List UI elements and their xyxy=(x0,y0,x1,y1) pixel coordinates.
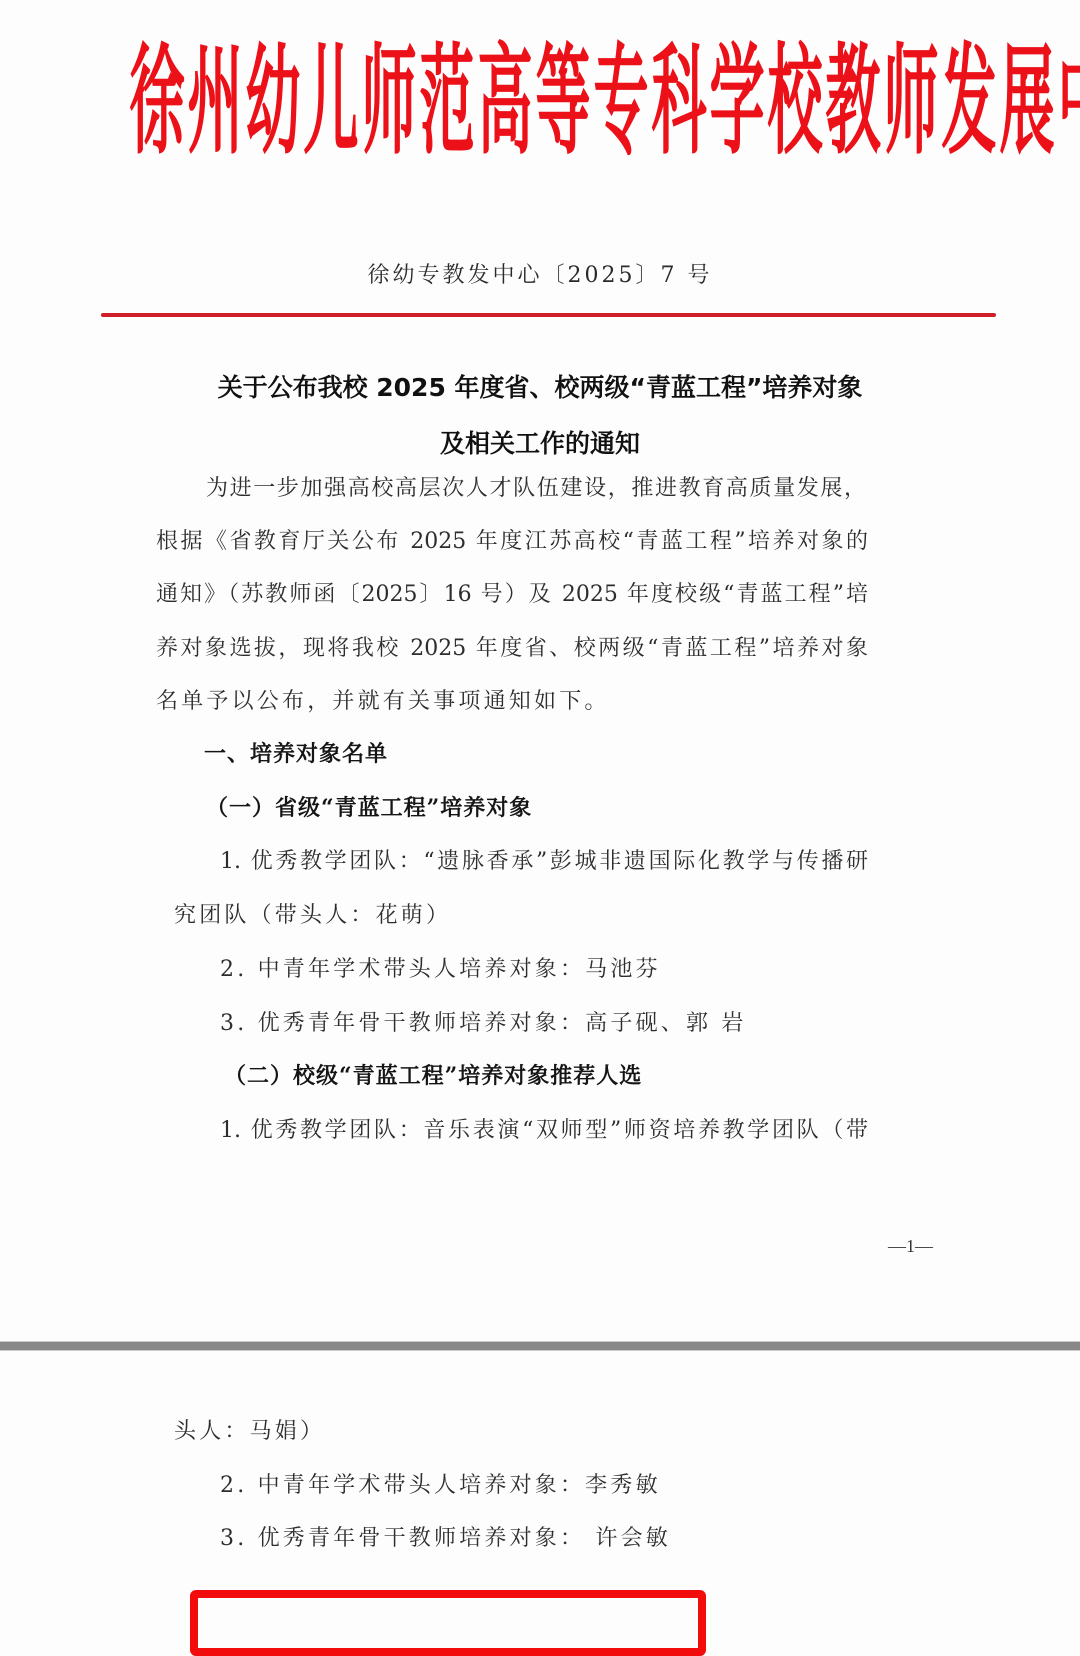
red-highlight-box xyxy=(190,1590,706,1656)
intro-line-4: 养对象选拔，现将我校 2025 年度省、校两级“青蓝工程”培养对象 xyxy=(156,631,868,662)
masthead-char: 展 xyxy=(1000,42,1055,161)
masthead-char: 专 xyxy=(594,42,649,161)
subsection-heading-school: （二）校级“青蓝工程”培养对象推荐人选 xyxy=(224,1059,642,1090)
masthead-char: 州 xyxy=(187,42,242,161)
provincial-item-3: 3. 优秀青年骨干教师培养对象：高子砚、郭 岩 xyxy=(220,1006,747,1037)
provincial-item-2: 2. 中青年学术带头人培养对象：马池芬 xyxy=(220,952,661,983)
masthead-char: 徐 xyxy=(129,42,184,161)
subsection-heading-provincial: （一）省级“青蓝工程”培养对象 xyxy=(206,791,532,822)
document-number: 徐幼专教发中心〔2025〕7 号 xyxy=(0,258,1080,289)
masthead-char: 师 xyxy=(884,42,939,161)
notice-title-line-2: 及相关工作的通知 xyxy=(0,424,1080,460)
masthead-char: 教 xyxy=(826,42,881,161)
masthead-char: 中 xyxy=(1058,42,1080,161)
school-item-1-line-2: 头人：马娟） xyxy=(174,1414,325,1445)
notice-title-line-1: 关于公布我校 2025 年度省、校两级“青蓝工程”培养对象 xyxy=(0,368,1080,404)
masthead-char: 学 xyxy=(710,42,765,161)
masthead-char: 等 xyxy=(536,42,591,161)
masthead-char: 发 xyxy=(942,42,997,161)
masthead-char: 范 xyxy=(420,42,475,161)
provincial-item-1-line-2: 究团队（带头人：花萌） xyxy=(174,898,451,929)
intro-line-5: 名单予以公布，并就有关事项通知如下。 xyxy=(156,684,610,715)
intro-line-3: 通知》（苏教师函〔2025〕16 号）及 2025 年度校级“青蓝工程”培 xyxy=(156,577,868,608)
document-page-1: 徐 州 幼 儿 师 范 高 等 专 科 学 校 教 师 发 展 中 心 文 件 … xyxy=(0,0,1080,1340)
intro-line-2: 根据《省教育厅关公布 2025 年度江苏高校“青蓝工程”培养对象的 xyxy=(156,524,868,555)
provincial-item-1-line-1: 1. 优秀教学团队：“遗脉香承”彭城非遗国际化教学与传播研 xyxy=(220,844,868,875)
masthead-char: 幼 xyxy=(245,42,300,161)
school-item-3-highlighted: 3. 优秀青年骨干教师培养对象： 许会敏 xyxy=(220,1521,671,1552)
page-break-divider xyxy=(0,1341,1080,1351)
intro-line-1: 为进一步加强高校高层次人才队伍建设，推进教育高质量发展， xyxy=(206,471,866,502)
masthead-char: 高 xyxy=(478,42,533,161)
masthead-title: 徐 州 幼 儿 师 范 高 等 专 科 学 校 教 师 发 展 中 心 文 件 xyxy=(128,36,978,166)
school-item-2: 2. 中青年学术带头人培养对象：李秀敏 xyxy=(220,1468,661,1499)
masthead-char: 科 xyxy=(652,42,707,161)
masthead-char: 师 xyxy=(362,42,417,161)
red-separator-rule xyxy=(101,313,996,317)
masthead-char: 儿 xyxy=(303,42,358,161)
page-number: —1— xyxy=(888,1236,933,1257)
section-heading-list: 一、培养对象名单 xyxy=(204,737,388,768)
masthead-char: 校 xyxy=(768,42,823,161)
school-item-1-line-1: 1. 优秀教学团队：音乐表演“双师型”师资培养教学团队（带 xyxy=(220,1113,868,1144)
